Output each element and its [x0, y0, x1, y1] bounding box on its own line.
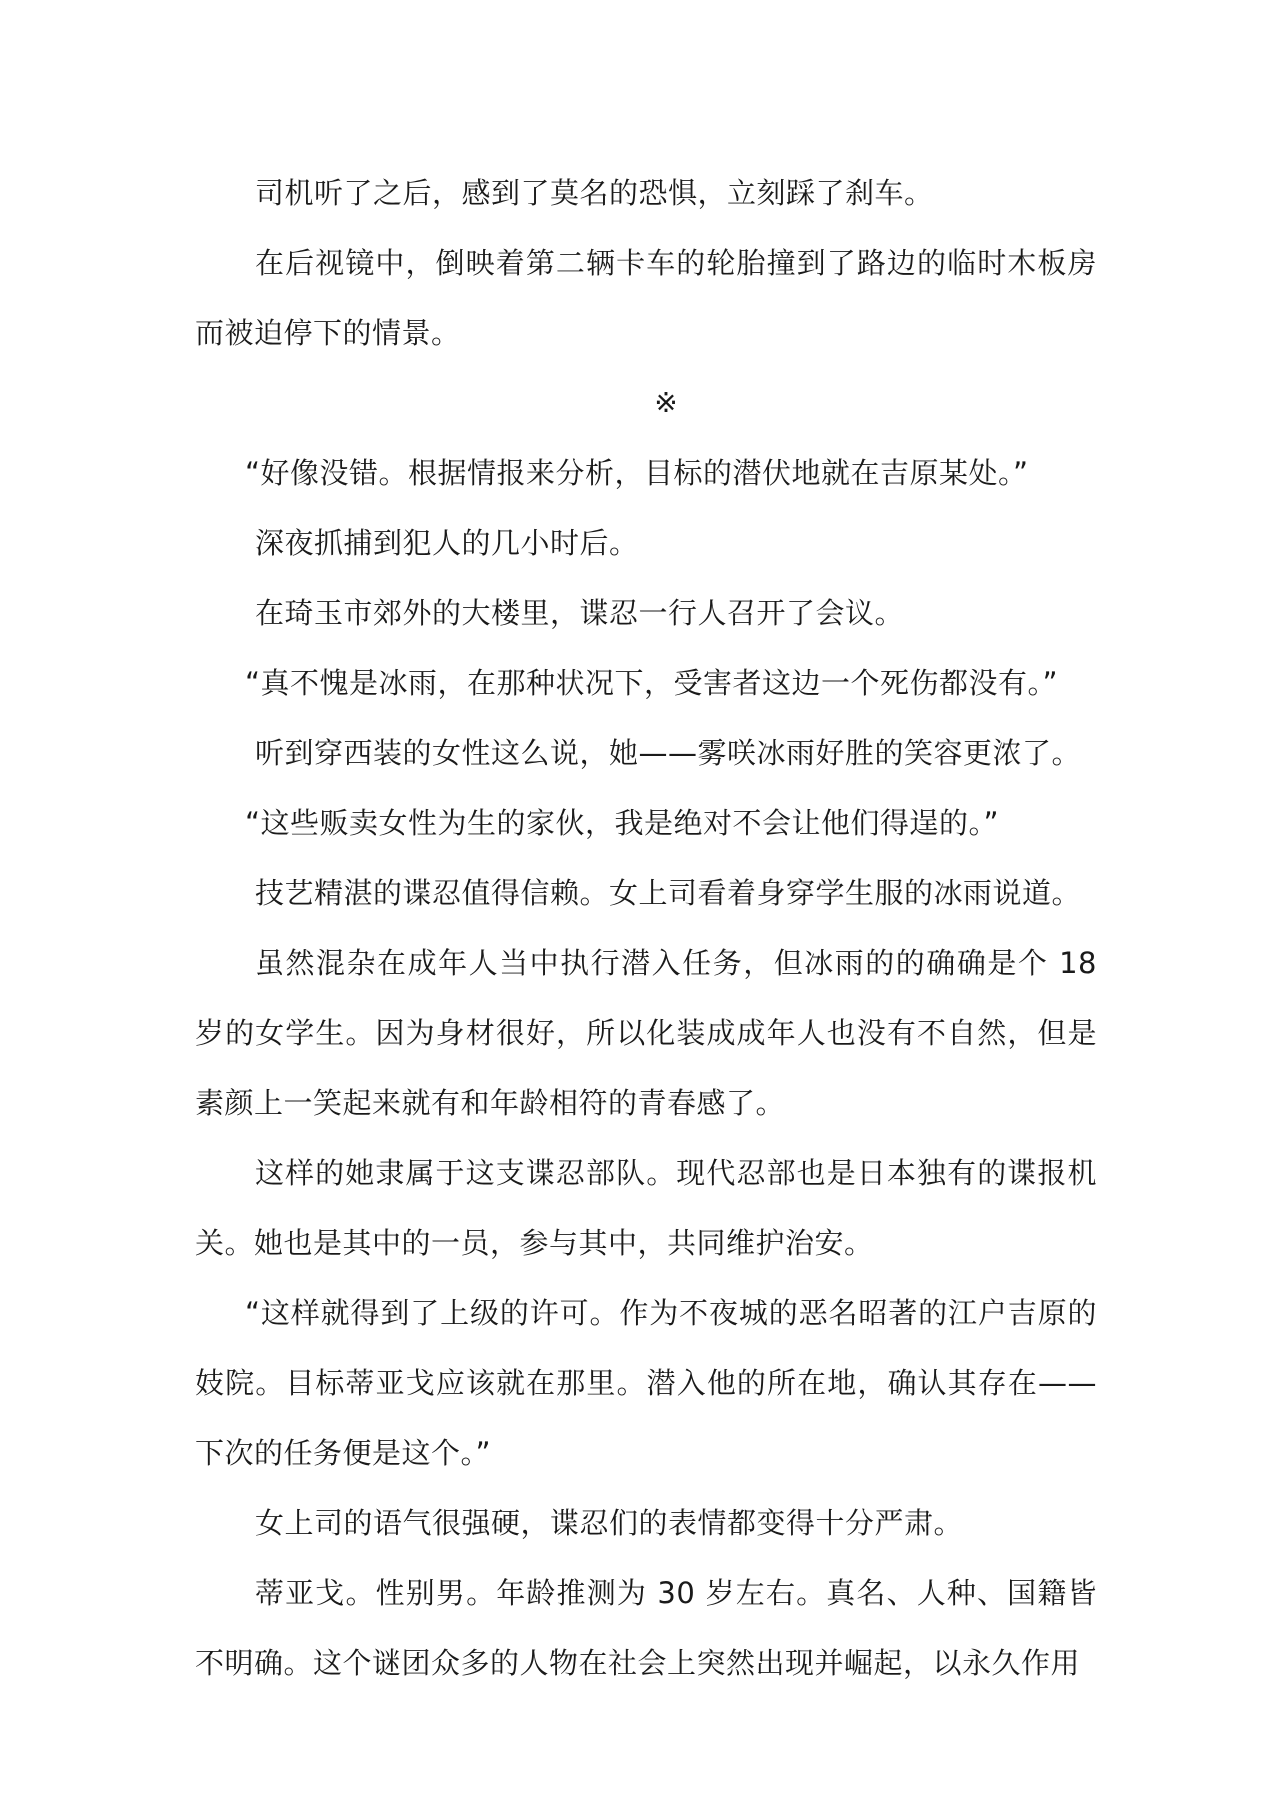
paragraph-trust: 技艺精湛的谍忍值得信赖。女上司看着身穿学生服的冰雨说道。 [195, 858, 1097, 928]
paragraph-driver-brakes: 司机听了之后，感到了莫名的恐惧，立刻踩了刹车。 [195, 158, 1097, 228]
paragraph-serious-mood: 女上司的语气很强硬，谍忍们的表情都变得十分严肃。 [195, 1488, 1097, 1558]
paragraph-ninja-unit: 这样的她隶属于这支谍忍部队。现代忍部也是日本独有的谍报机关。她也是其中的一员，参… [195, 1138, 1097, 1278]
dialogue-praise: “真不愧是冰雨，在那种状况下，受害者这边一个死伤都没有。” [195, 648, 1097, 718]
scene-separator: ※ [195, 368, 1097, 438]
document-page: 司机听了之后，感到了莫名的恐惧，立刻踩了刹车。 在后视镜中，倒映着第二辆卡车的轮… [195, 158, 1097, 1698]
dialogue-target-location: “好像没错。根据情报来分析，目标的潜伏地就在吉原某处。” [195, 438, 1097, 508]
paragraph-kisaki-smile: 听到穿西装的女性这么说，她——雾咲冰雨好胜的笑容更浓了。 [195, 718, 1097, 788]
dialogue-mission-briefing: “这样就得到了上级的许可。作为不夜城的恶名昭著的江户吉原的妓院。目标蒂亚戈应该就… [195, 1278, 1097, 1488]
paragraph-hours-later: 深夜抓捕到犯人的几小时后。 [195, 508, 1097, 578]
dialogue-kisaki-vow: “这些贩卖女性为生的家伙，我是绝对不会让他们得逞的。” [195, 788, 1097, 858]
paragraph-meeting: 在琦玉市郊外的大楼里，谍忍一行人召开了会议。 [195, 578, 1097, 648]
paragraph-tiago-profile: 蒂亚戈。性别男。年龄推测为 30 岁左右。真名、人种、国籍皆不明确。这个谜团众多… [195, 1558, 1097, 1698]
paragraph-student-description: 虽然混杂在成年人当中执行潜入任务，但冰雨的的确确是个 18 岁的女学生。因为身材… [195, 928, 1097, 1138]
paragraph-rearview-mirror: 在后视镜中，倒映着第二辆卡车的轮胎撞到了路边的临时木板房而被迫停下的情景。 [195, 228, 1097, 368]
